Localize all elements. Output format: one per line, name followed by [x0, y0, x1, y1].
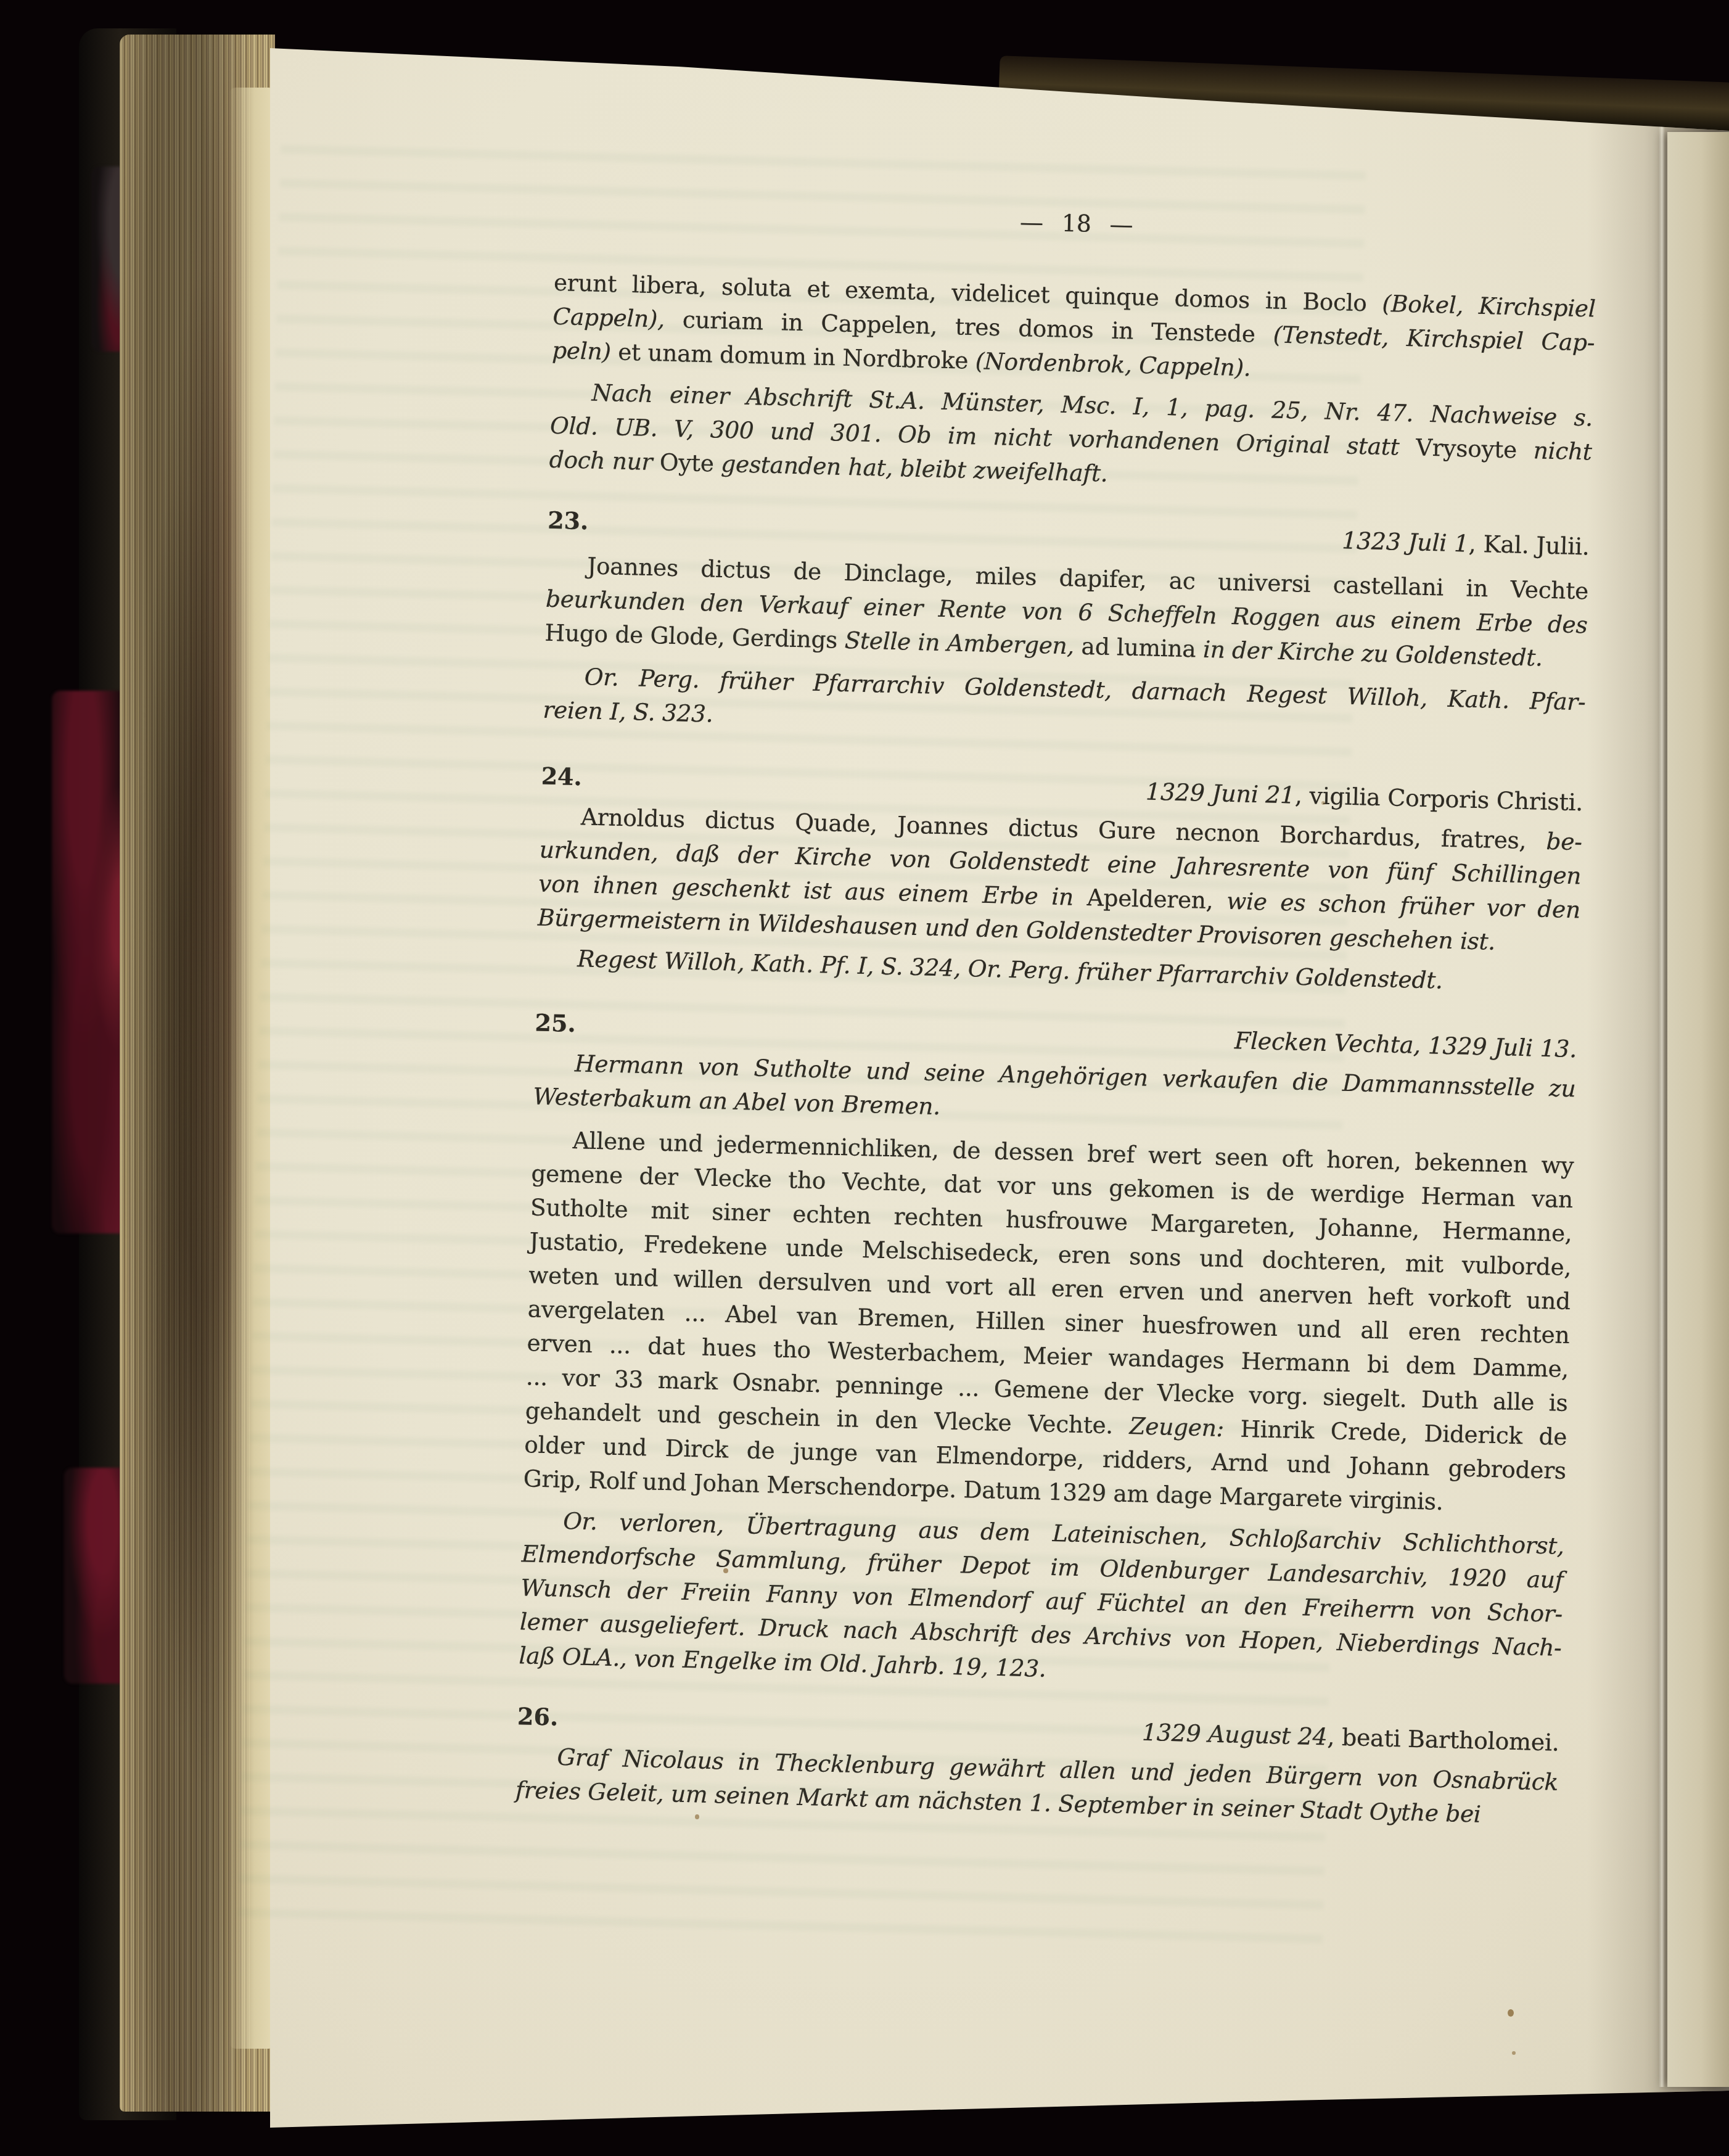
text-segment: be-	[1546, 828, 1582, 855]
text-segment: nicht	[1516, 436, 1592, 465]
foxing-speck	[723, 1568, 728, 1573]
foxing-speck	[1512, 2051, 1516, 2055]
photo-backdrop: — 18 — erunt libera, soluta et exemta, v…	[0, 0, 1729, 2156]
text-segment: (Bokel, Kirchspiel	[1382, 290, 1596, 323]
text-segment: , beati Bartholomei.	[1327, 1723, 1559, 1756]
text-segment: Vrysoyte	[1415, 434, 1517, 463]
text-segment: 1323 Juli 1	[1342, 527, 1469, 557]
foxing-speck	[1508, 2009, 1514, 2017]
show-through	[237, 135, 1366, 1962]
entry-23-date: 1323 Juli 1, Kal. Julii.	[1342, 524, 1590, 564]
text-segment: , Kal. Julii.	[1468, 530, 1590, 561]
gutter-ridge-highlight	[1659, 76, 1665, 2087]
gutter-page-curve	[1667, 132, 1729, 2087]
foxing-speck	[695, 1814, 699, 1819]
